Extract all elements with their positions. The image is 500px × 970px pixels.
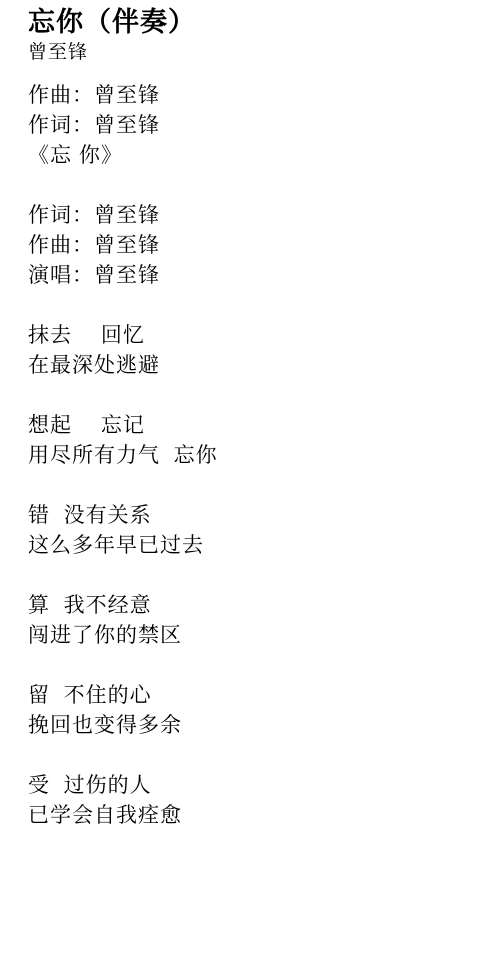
lyric-line: 留 不住的心 <box>28 681 480 711</box>
lyric-line: 算 我不经意 <box>28 591 480 621</box>
lyric-line: 这么多年早已过去 <box>28 531 480 561</box>
lyrics-body: 作曲：曾至锋作词：曾至锋《忘 你》 作词：曾至锋作曲：曾至锋演唱：曾至锋 抹去 … <box>28 81 480 831</box>
lyric-line <box>28 651 480 681</box>
lyric-line <box>28 171 480 201</box>
lyric-line: 想起 忘记 <box>28 411 480 441</box>
song-title: 忘你（伴奏） <box>28 5 480 39</box>
lyric-line: 错 没有关系 <box>28 501 480 531</box>
lyric-line <box>28 471 480 501</box>
lyric-line: 《忘 你》 <box>28 141 480 171</box>
lyric-line: 挽回也变得多余 <box>28 711 480 741</box>
lyric-line: 受 过伤的人 <box>28 771 480 801</box>
lyric-line: 作词：曾至锋 <box>28 201 480 231</box>
lyric-line <box>28 291 480 321</box>
lyrics-page: 忘你（伴奏） 曾至锋 作曲：曾至锋作词：曾至锋《忘 你》 作词：曾至锋作曲：曾至… <box>0 0 500 970</box>
lyric-line <box>28 381 480 411</box>
lyric-line <box>28 561 480 591</box>
lyric-line: 作曲：曾至锋 <box>28 231 480 261</box>
lyric-line <box>28 741 480 771</box>
lyric-line: 已学会自我痊愈 <box>28 801 480 831</box>
lyric-line: 演唱：曾至锋 <box>28 261 480 291</box>
lyric-line: 作词：曾至锋 <box>28 111 480 141</box>
lyric-line: 在最深处逃避 <box>28 351 480 381</box>
lyric-line: 作曲：曾至锋 <box>28 81 480 111</box>
lyric-line: 抹去 回忆 <box>28 321 480 351</box>
lyric-line: 用尽所有力气 忘你 <box>28 441 480 471</box>
lyric-line: 闯进了你的禁区 <box>28 621 480 651</box>
artist-name: 曾至锋 <box>28 42 480 64</box>
